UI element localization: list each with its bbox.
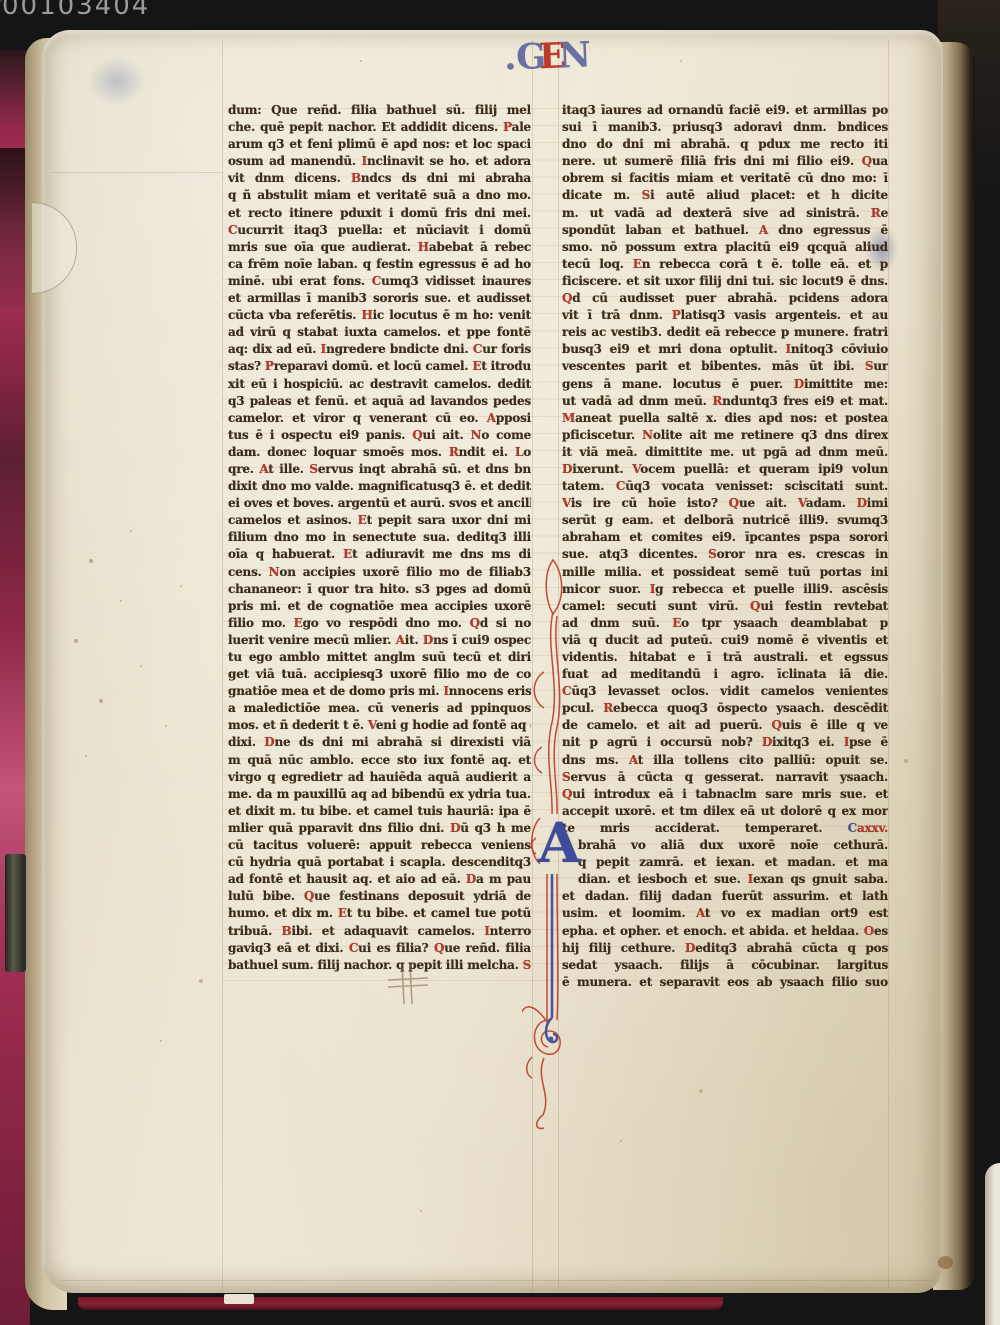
text-line: micor suor. Ig rebecca et puelle illi9. …: [562, 582, 888, 599]
text-line: brahā vo aliā dux uxorē noīe cethurā.: [562, 838, 888, 855]
text-line: gens ā mane. locutus ē puer. Dimittite m…: [562, 377, 888, 394]
text-line: ad dnm suū. Eo tpr ysaach deamblabat p: [562, 616, 888, 633]
horizontal-rule-margin: [52, 172, 224, 173]
text-line: smo. nō possum extra placitū ei9 qcquā a…: [562, 240, 888, 257]
text-column-left: dum: Que reñd. filia bathuel sū. filij m…: [228, 103, 531, 975]
binding-chip: [224, 1294, 254, 1304]
text-line: busq3 ei9 et mri dona optulit. Initoq3 c…: [562, 342, 888, 359]
text-line: dixit dno mo valde. magnificatusq3 ē. et…: [228, 479, 531, 496]
text-line: accepit uxorē. et tm dilex eā ut dolorē …: [562, 804, 888, 821]
text-line: Vis ire cū hoīe isto? Que ait. Vadam. Di…: [562, 496, 888, 513]
text-line: minē. ubi erat fons. Cumq3 vidisset inau…: [228, 274, 531, 291]
text-line: gnatiōe mea et de domo pris mi. Innocens…: [228, 684, 531, 701]
text-line: che. quē pepit nachor. Et addidit dicens…: [228, 120, 531, 137]
text-line: epha. et opher. et enoch. et abida. et h…: [562, 924, 888, 941]
text-line: osum ad manendū. Inclinavit se ho. et ad…: [228, 154, 531, 171]
text-line: nere. ut sumerē filiā fris dni mi filio …: [562, 154, 888, 171]
text-line: ei oves et boves. argentū et aurū. svos …: [228, 496, 531, 513]
running-title-letter: N: [558, 37, 591, 73]
text-line: sedat ysaach. filijs ā cōcubinar. largit…: [562, 958, 888, 975]
text-line: sui ī manib3. priusq3 adoravi dnm. bndic…: [562, 120, 888, 137]
text-line: reis ac vestib3. dedit eā rebecce p mune…: [562, 325, 888, 342]
text-line: tu ego amblo mittet anglm suū tecū et di…: [228, 650, 531, 667]
text-line: te mris acciderat. temperaret. Caxxv.: [562, 821, 888, 838]
text-line: spondūt laban et bathuel. A dno egressus…: [562, 223, 888, 240]
red-binding-bottom: [78, 1297, 723, 1310]
text-line: humo. et dix m. Et tu bibe. et camel tue…: [228, 906, 531, 923]
vertical-rule-4: [888, 40, 889, 1290]
text-line: q3 paleas et fenū. et aquā ad lavandos p…: [228, 394, 531, 411]
text-line: tribuā. Bibi. et adaquavit camelos. Inte…: [228, 924, 531, 941]
text-line: fuat ad meditandū i agro. īclinata iā di…: [562, 667, 888, 684]
text-line: viā q ducit ad puteū. cui9 nomē ē vivent…: [562, 633, 888, 650]
archive-number: 00103404: [2, 0, 150, 21]
text-line: ut vadā ad dnm meū. Rnduntq3 fres ei9 et…: [562, 394, 888, 411]
text-line: cens. Non accipies uxorē filio mo de fil…: [228, 565, 531, 582]
text-line: tatem. Cūq3 vocata venisset: sciscitati …: [562, 479, 888, 496]
text-line: camelor. et viror q venerant cū eo. Appo…: [228, 411, 531, 428]
text-line: mille milia. et possideat semē tuū porta…: [562, 565, 888, 582]
text-line: get viā tuā. accipiesq3 uxorē filio mo d…: [228, 667, 531, 684]
text-line: Maneat puella saltē x. dies apd nos: et …: [562, 411, 888, 428]
text-line: camelos et asinos. Et pepit sara uxor dn…: [228, 513, 531, 530]
text-line: vit ī trā dnm. Platisq3 vasis argenteis.…: [562, 308, 888, 325]
text-line: a maledictiōe mea. cū veneris ad ppinquo…: [228, 701, 531, 718]
pen-trial-mark: [384, 960, 434, 1008]
vertical-rule-1: [222, 40, 223, 1290]
text-line: dicate m. Si autē aliud placet: et h dic…: [562, 188, 888, 205]
text-line: serūt g eam. et delborā nutricē illi9. s…: [562, 513, 888, 530]
text-line: Dixerunt. Vocem puellā: et queram ipi9 v…: [562, 462, 888, 479]
text-line: mos. et ñ dederit t ē. Veni g hodie ad f…: [228, 718, 531, 735]
text-line: dam. donec loquar smoēs mos. Rndit ei. L…: [228, 445, 531, 462]
text-line: itaq3 īaures ad ornandū faciē ei9. et ar…: [562, 103, 888, 120]
text-column-right: itaq3 īaures ad ornandū faciē ei9. et ar…: [562, 103, 888, 992]
text-line: mlier quā pparavit dns filio dni. Dū q3 …: [228, 821, 531, 838]
text-line: filio mo. Ego vo respōdi dno mo. Qd si n…: [228, 616, 531, 633]
text-line: ad virū q stabat iuxta camelos. et ppe f…: [228, 325, 531, 342]
text-line: m. ut vadā ad dexterā sive ad sinistrā. …: [562, 206, 888, 223]
metal-clasp: [5, 854, 26, 972]
text-line: tecū loq. En rebecca corā t ē. tolle eā.…: [562, 257, 888, 274]
text-line: camel: secuti sunt virū. Qui festin revt…: [562, 599, 888, 616]
horizontal-rule-bottom: [60, 1280, 932, 1281]
text-line: pficiscetur. Nolite ait me retinere q3 d…: [562, 428, 888, 445]
text-line: hij filij cethure. Deditq3 abrahā cūcta …: [562, 941, 888, 958]
text-line: qre. At ille. Servus inqt abrahā sū. et …: [228, 462, 531, 479]
text-line: et recto itinere pduxit i domū fris dni …: [228, 206, 531, 223]
manuscript-photo: .GEN dum: Que reñd. filia bathuel sū. fi…: [0, 0, 1000, 1325]
stain-bottom-right: [938, 1256, 953, 1269]
facing-page-sliver: [985, 1163, 1000, 1325]
text-line: abraham et comites ei9. īpcantes pspa so…: [562, 530, 888, 547]
text-line: arum q3 et feni plimū ē apd nos: et loc …: [228, 137, 531, 154]
text-line: xit eū i hospiciū. ac destravit camelos.…: [228, 377, 531, 394]
text-line: Servus ā cūcta q gesserat. narravit ysaa…: [562, 770, 888, 787]
text-line: bathuel sum. filij nachor. q pepit illi …: [228, 958, 531, 975]
text-line: it viā meā. dimittite me. ut pgā ad dnm …: [562, 445, 888, 462]
text-line: obrem si facitis miam et veritatē cū dno…: [562, 171, 888, 188]
running-title: .GEN: [503, 26, 645, 85]
text-line: lulū bibe. Que festinans deposuit ydriā …: [228, 889, 531, 906]
text-line: vit dnm dicens. Bndcs ds dni mi abraha: [228, 171, 531, 188]
text-line: dns ms. At illa tollens cito palliū: opu…: [562, 753, 888, 770]
text-line: filium dno mo in senectute sua. deditq3 …: [228, 530, 531, 547]
text-line: cū hydria quā portabat i scapla. descend…: [228, 855, 531, 872]
text-line: chananeor: ī quor tra hito. s3 pges ad d…: [228, 582, 531, 599]
text-line: luerit venire mecū mlier. Ait. Dns ī cui…: [228, 633, 531, 650]
text-line: usim. et loomim. At vo ex madian ort9 es…: [562, 906, 888, 923]
text-line: gaviq3 eā et dixi. Cui es filia? Que reñ…: [228, 941, 531, 958]
text-line: q ñ abstulit miam et veritatē suā a dno …: [228, 188, 531, 205]
text-line: et armillas ī manib3 sororis sue. et aud…: [228, 291, 531, 308]
text-line: q pepit zamrā. et iexan. et madan. et ma: [562, 855, 888, 872]
text-line: ad fontē et hausit aq. et aio ad eā. Da …: [228, 872, 531, 889]
text-line: vescentes parit et bibentes. mās ūt ibi.…: [562, 359, 888, 376]
text-line: dixi. Dne ds dni mi abrahā si direxisti …: [228, 735, 531, 752]
text-line: Qui introdux eā i tabnaclm sare mris sue…: [562, 787, 888, 804]
text-line: pcul. Rebecca quoq3 ōspecto ysaach. desc…: [562, 701, 888, 718]
text-line: pris mi. et de cognatiōe mea accipies ux…: [228, 599, 531, 616]
text-line: cūcta vba referētis. Hic locutus ē m ho:…: [228, 308, 531, 325]
text-line: videntis. hitabat e ī trā australi. et e…: [562, 650, 888, 667]
text-line: de camelo. et ait ad puerū. Quis ē ille …: [562, 718, 888, 735]
text-line: ē munera. et separavit eos ab ysaach fil…: [562, 975, 888, 992]
text-line: mris sue oīa que audierat. Habebat ā reb…: [228, 240, 531, 257]
text-line: nit p agrū i occursū nob? Dixitq3 ei. Ip…: [562, 735, 888, 752]
text-line: me. da m pauxillū aq ad bibendū ex ydria…: [228, 787, 531, 804]
text-line: dian. et iesboch et sue. Iexan qs gnuit …: [562, 872, 888, 889]
blue-stain-top-left: [88, 56, 146, 106]
text-line: aq: dix ad eū. Ingredere bndicte dni. Cu…: [228, 342, 531, 359]
text-line: m quā nūc amblo. ecce sto iux fontē aq. …: [228, 753, 531, 770]
text-line: oīa q habuerat. Et adiuravit me dns ms d…: [228, 547, 531, 564]
text-line: et dadan. filij dadan fuerūt assurim. et…: [562, 889, 888, 906]
text-line: sue. atq3 dicentes. Soror nra es. cresca…: [562, 547, 888, 564]
text-line: cū tacitus voluerē: appuit rebecca venie…: [228, 838, 531, 855]
text-line: Cucurrit itaq3 puella: et nūciavit i dom…: [228, 223, 531, 240]
chapter-initial-a: A: [538, 814, 574, 876]
text-line: tus ē i ospectu ei9 panis. Qui ait. No c…: [228, 428, 531, 445]
text-line: stas? Preparavi domū. et locū camel. Et …: [228, 359, 531, 376]
text-line: Cūq3 levasset oclos. vidit camelos venie…: [562, 684, 888, 701]
text-line: dum: Que reñd. filia bathuel sū. filij m…: [228, 103, 531, 120]
text-line: ca frēm noīe laban. q festin egressus ē …: [228, 257, 531, 274]
text-line: et dixit m. tu bibe. et camel tuis hauri…: [228, 804, 531, 821]
text-line: virgo q egredietr ad hauiēda aquā audier…: [228, 770, 531, 787]
text-line: dno do dni mi abrahā. q pdux me recto it…: [562, 137, 888, 154]
text-line: Qd cū audisset puer abrahā. pcidens ador…: [562, 291, 888, 308]
text-line: ficiscere. et sit uxor filij dni tui. si…: [562, 274, 888, 291]
